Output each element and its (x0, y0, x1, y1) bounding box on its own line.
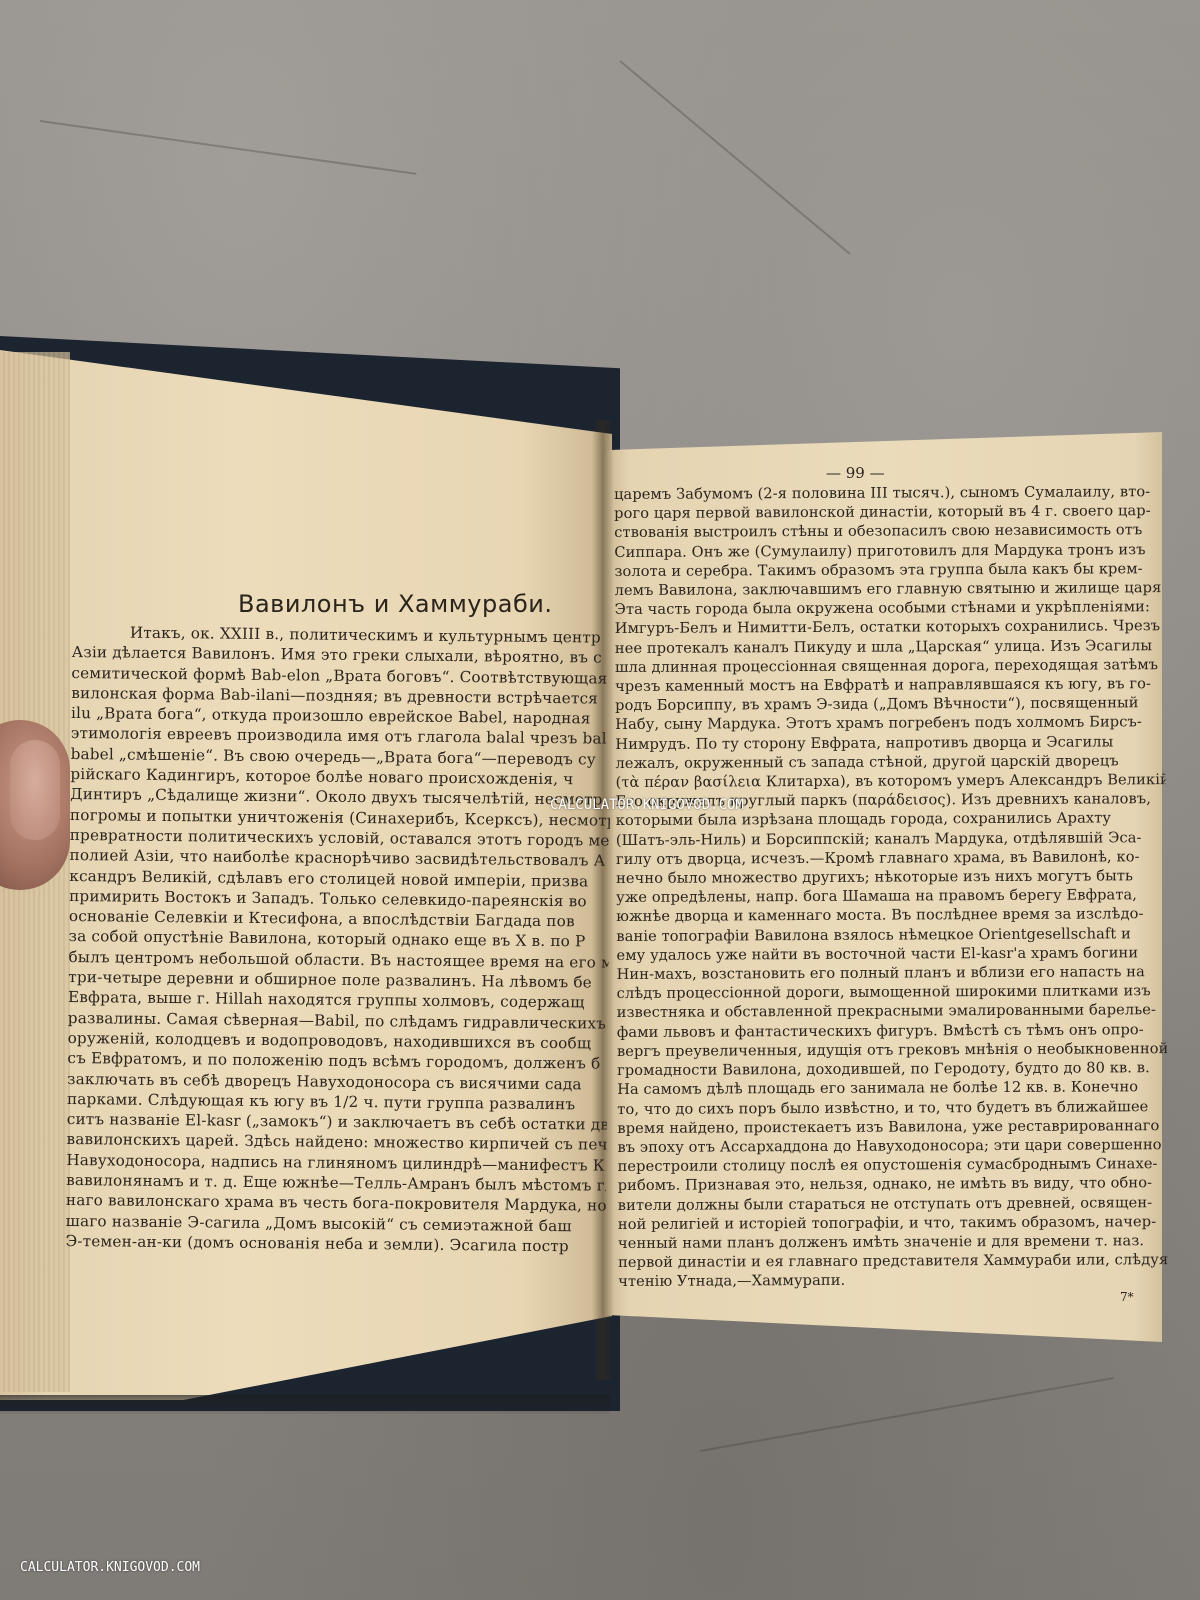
text-line: известняка и обставленной прекрасными эм… (617, 1001, 1167, 1023)
text-line: южнѣе дворца и каменнаго моста. Въ послѣ… (616, 905, 1166, 927)
left-page-body: Итакъ, ок. XXIII в., политическимъ и кул… (65, 622, 612, 1257)
text-line: нее протекалъ каналъ Пикуду и шла „Царск… (615, 636, 1165, 658)
text-line: Имгуръ-Белъ и Нимитти-Белъ, остатки кото… (615, 617, 1165, 639)
text-line: На самомъ дѣлѣ площадь его занимала не б… (617, 1077, 1167, 1099)
watermark-center: CALCULATOR.KNIGOVOD.COM (550, 797, 744, 813)
text-line: Нимрудъ. По ту сторону Евфрата, напротив… (615, 732, 1165, 754)
text-line: ствованія выстроилъ стѣны и обезопасилъ … (614, 521, 1164, 543)
chapter-title: Вавилонъ и Хаммураби. (238, 590, 552, 618)
text-line: первой династіи и ея главнаго представит… (618, 1250, 1168, 1272)
right-page-body: царемъ Забумомъ (2-я половина III тысяч.… (614, 482, 1168, 1291)
page-shadow (0, 1395, 610, 1415)
thumbnail-highlight (10, 740, 60, 840)
text-line: Набу, сыну Мардука. Этотъ храмъ погребен… (615, 713, 1165, 735)
text-line: вители должны были стараться не отступат… (618, 1193, 1168, 1215)
text-line: Сиппара. Онъ же (Сумулаилу) приготовилъ … (614, 540, 1164, 562)
text-line: то, что до сихъ поръ было извѣстно, и то… (617, 1097, 1167, 1119)
page-number: — 99 — (826, 464, 885, 482)
signature-mark: 7* (1120, 1290, 1134, 1304)
text-line: чтенію Утнада,—Хаммурапи. (618, 1269, 1168, 1291)
watermark-corner: CALCULATOR.KNIGOVOD.COM (20, 1560, 200, 1575)
text-line: рибомъ. Признавая это, нельзя, однако, н… (618, 1173, 1168, 1195)
